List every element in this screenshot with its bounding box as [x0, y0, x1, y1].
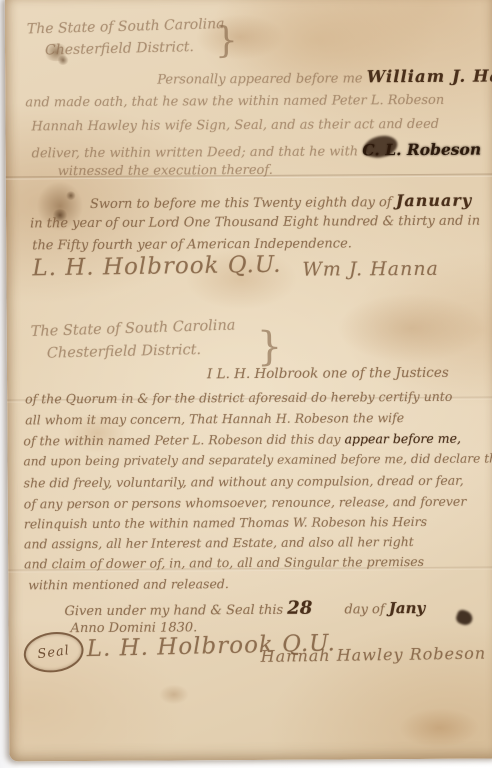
jurat-text: Sworn to before me this Twenty eighth da… [90, 195, 392, 212]
affidavit-body-line4: deliver, the within written Deed; and th… [32, 140, 482, 162]
renunciation-line7: of any person or persons whomsoever, ren… [24, 494, 467, 512]
stain-blotch [399, 708, 479, 748]
ink-flourish-blot [455, 608, 475, 627]
scanned-document-viewport: The State of South Carolina Chesterfield… [0, 0, 492, 768]
jurat-line1: Sworn to before me this Twenty eighth da… [90, 191, 472, 212]
aged-paper-sheet: The State of South Carolina Chesterfield… [5, 0, 492, 761]
closing-month: Jany [389, 599, 426, 617]
renunciation-heading-state: The State of South Carolina [30, 317, 235, 340]
affidavit-body-line5: witnessed the execution thereof. [58, 163, 273, 179]
body-text: of the within named Peter L. Robeson did… [23, 431, 344, 448]
renunciation-line11: within mentioned and released. [28, 576, 229, 592]
affidavit-body-line2: and made oath, that he saw the within na… [25, 93, 444, 111]
witness-signature: Wm J. Hanna [302, 258, 439, 281]
stain-blotch [159, 684, 189, 704]
witness-name: William J. Hanna [367, 66, 492, 86]
jurat-month: January [396, 191, 472, 210]
closing-text: day of [344, 602, 384, 617]
renunciation-line8: relinquish unto the within named Thomas … [24, 514, 427, 531]
renunciation-heading-district: Chesterfield District. [47, 342, 202, 362]
affidavit-heading-district: Chesterfield District. [45, 39, 194, 59]
renunciation-line2: of the Quorum in & for the district afor… [25, 389, 452, 407]
ink-stain-spot [66, 191, 76, 200]
renunciation-opening: I L. H. Holbrook one of the Justices [207, 365, 449, 382]
officer-signature-1: L. H. Holbrook Q.U. [32, 252, 281, 282]
renunciation-line4: of the within named Peter L. Robeson did… [23, 431, 461, 449]
emphasized-text: appear before me, [345, 431, 461, 447]
jurat-line2: in the year of our Lord One Thousand Eig… [30, 214, 480, 232]
renunciation-line6: she did freely, voluntarily, and without… [24, 473, 464, 491]
jurat-line3: the Fifty fourth year of American Indepe… [32, 236, 352, 253]
body-text: Personally appeared before me [157, 71, 362, 87]
wife-signature: Hannah Hawley Robeson [261, 644, 487, 666]
seal-label: Seal [37, 643, 71, 662]
body-text: deliver, the within written Deed; and th… [32, 144, 359, 161]
renunciation-line9: and assigns, all her Interest and Estate… [24, 534, 414, 551]
closing-day: 28 [287, 598, 312, 619]
stain-blotch [336, 293, 486, 364]
renunciation-line10: and claim of dower of, in, and to, all a… [24, 554, 424, 571]
heading-text: Chesterfield District. [47, 342, 202, 362]
heading-brace: } [215, 20, 238, 61]
affidavit-body-line1: Personally appeared before me William J.… [157, 66, 492, 87]
renunciation-line5: and upon being privately and separately … [23, 451, 492, 468]
heading-text: The State of South Carolina [30, 317, 235, 340]
renunciation-closing: Given under my hand & Seal this 28 day o… [64, 597, 425, 620]
renunciation-line3: all whom it may concern, That Hannah H. … [25, 410, 404, 427]
heading-text: Chesterfield District. [45, 39, 194, 59]
affidavit-body-line3: Hannah Hawley his wife Sign, Seal, and a… [31, 117, 439, 134]
heading-brace: } [257, 324, 283, 370]
closing-text: Given under my hand & Seal this [64, 603, 283, 619]
